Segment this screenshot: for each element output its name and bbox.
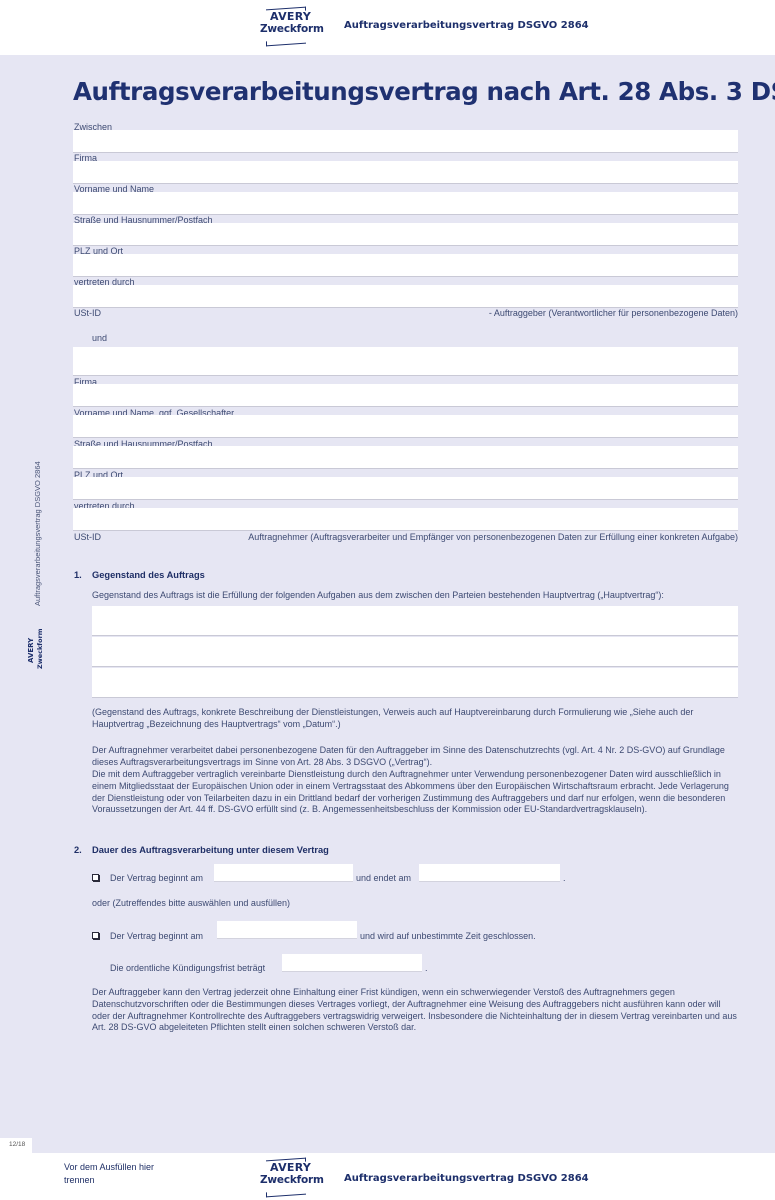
logo-brand-line2: Zweckform [260, 23, 324, 35]
party2-company-field[interactable] [73, 347, 738, 376]
section1-paragraph1: Der Auftragnehmer verarbeitet dabei pers… [92, 745, 740, 769]
option2-rest-label: und wird auf unbestimmte Zeit geschlosse… [360, 931, 536, 941]
option1-checkbox[interactable] [92, 874, 99, 881]
section1-hint: (Gegenstand des Auftrags, konkrete Besch… [92, 707, 740, 731]
party2-street-field[interactable] [73, 415, 738, 438]
option1-end-date-field[interactable] [419, 864, 560, 882]
footer-logo-line2: Zweckform [260, 1174, 324, 1186]
section2-number: 2. [74, 845, 92, 855]
party1-street-field[interactable] [73, 192, 738, 215]
section1-intro: Gegenstand des Auftrags ist die Erfüllun… [92, 590, 740, 602]
header-strip: AVERY Zweckform Auftragsverarbeitungsver… [0, 0, 775, 55]
termination-paragraph: Der Auftraggeber kann den Vertrag jederz… [92, 987, 740, 1034]
party1-representative-field[interactable] [73, 254, 738, 277]
option1-end-label: und endet am [356, 873, 411, 883]
option1-period: . [563, 873, 566, 883]
or-instruction: oder (Zutreffendes bitte auswählen und a… [92, 898, 290, 908]
option1-start-label: Der Vertrag beginnt am [110, 873, 203, 883]
notice-period-field[interactable] [282, 954, 422, 972]
option2-start-label: Der Vertrag beginnt am [110, 931, 203, 941]
label-party2-vatid: USt-ID [74, 532, 101, 542]
cut-instruction-line1: Vor dem Ausfüllen hier [64, 1161, 154, 1174]
section1-title: Gegenstand des Auftrags [92, 570, 205, 580]
footer-logo-line1: AVERY [270, 1161, 311, 1174]
party2-role: Auftragnehmer (Auftragsverarbeiter und E… [248, 532, 738, 542]
subject-field-2[interactable] [92, 637, 738, 667]
party1-vatid-field[interactable] [73, 285, 738, 308]
party2-city-field[interactable] [73, 446, 738, 469]
side-logo-line2: Zweckform [36, 628, 44, 669]
header-title: Auftragsverarbeitungsvertrag DSGVO 2864 [344, 20, 589, 31]
option1-start-date-field[interactable] [214, 864, 353, 882]
label-party1-vatid: USt-ID [74, 308, 101, 318]
side-document-title: Auftragsverarbeitungsvertrag DSGVO 2864 [33, 461, 42, 606]
option2-start-date-field[interactable] [217, 921, 357, 939]
logo-brand-line1: AVERY [270, 10, 311, 23]
footer-logo-bracket-bottom [266, 1190, 306, 1198]
notice-period-label: Die ordentliche Kündigungsfrist beträgt [110, 963, 265, 973]
section1-number: 1. [74, 570, 92, 580]
party1-city-field[interactable] [73, 223, 738, 246]
section2-heading: 2.Dauer des Auftragsverarbeitung unter d… [74, 845, 329, 855]
party2-vatid-field[interactable] [73, 508, 738, 531]
label-und: und [92, 333, 107, 343]
avery-zweckform-logo: AVERY Zweckform [258, 6, 314, 48]
page-number: 12/18 [0, 1138, 32, 1153]
subject-field-3[interactable] [92, 668, 738, 698]
party2-representative-field[interactable] [73, 477, 738, 500]
section1-paragraph2: Die mit dem Auftraggeber vertraglich ver… [92, 769, 740, 816]
cut-instruction: Vor dem Ausfüllen hier trennen [64, 1161, 154, 1187]
subject-field-1[interactable] [92, 606, 738, 636]
document-title: Auftragsverarbeitungsvertrag nach Art. 2… [73, 77, 775, 106]
side-logo-line1: AVERY [27, 638, 35, 663]
option2-checkbox[interactable] [92, 932, 99, 939]
notice-period-end: . [425, 963, 428, 973]
party1-name-field[interactable] [73, 161, 738, 184]
footer-title: Auftragsverarbeitungsvertrag DSGVO 2864 [344, 1173, 589, 1184]
party1-role: - Auftraggeber (Verantwortlicher für per… [489, 308, 738, 318]
cut-instruction-line2: trennen [64, 1174, 154, 1187]
logo-bracket-bottom [266, 39, 306, 47]
party2-name-field[interactable] [73, 384, 738, 407]
side-avery-logo: AVERY Zweckform [26, 632, 48, 672]
section2-title: Dauer des Auftragsverarbeitung unter die… [92, 845, 329, 855]
party1-company-field[interactable] [73, 130, 738, 153]
footer-avery-zweckform-logo: AVERY Zweckform [258, 1157, 314, 1199]
section1-heading: 1.Gegenstand des Auftrags [74, 570, 205, 580]
